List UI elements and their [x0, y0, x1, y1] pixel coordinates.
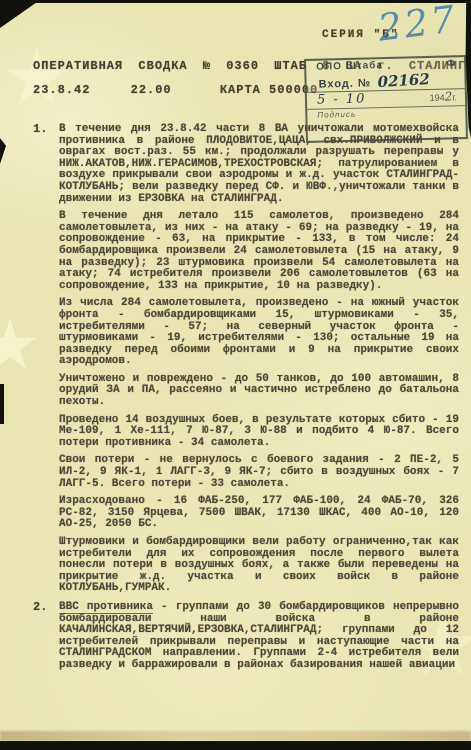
report-date: 23.8.42: [33, 83, 90, 97]
paragraph-enemy-airforce: ВВС противника - группами до 30 бомбарди…: [59, 602, 459, 672]
paragraph-sortie-totals: В течение дня летало 115 самолетов, прои…: [59, 211, 459, 292]
paragraph-sortie-distribution: Из числа 284 самолетовылета, произведено…: [59, 298, 459, 368]
report-body: 1. В течение дня 23.8.42 части 8 ВА унич…: [33, 124, 459, 679]
stamp-letter: Ф: [446, 58, 456, 69]
item-2: 2. ВВС противника - группами до 30 бомба…: [33, 602, 459, 672]
report-time: 22.00: [131, 83, 172, 97]
paragraph-own-losses: Свои потери - не вернулось с боевого зад…: [59, 455, 459, 490]
item-1-body: В течение дня 23.8.42 части 8 ВА уничтож…: [59, 124, 459, 595]
item-2-body: ВВС противника - группами до 30 бомбарди…: [59, 602, 459, 672]
scan-smudge-bottom: [0, 731, 471, 741]
scan-edge-left-mark: [0, 384, 4, 424]
paragraph-ammunition-expended: Израсходовано - 16 ФАБ-250, 177 ФАБ-100,…: [59, 496, 459, 531]
paragraph-limited-operations: Штурмовики и бомбардировщики вели работу…: [59, 537, 459, 595]
paragraph-enemy-losses-ground: Уничтожено и повреждено - до 50 танков, …: [59, 374, 459, 409]
item-1: 1. В течение дня 23.8.42 части 8 ВА унич…: [33, 124, 459, 595]
map-scale: КАРТА 500000: [220, 83, 318, 97]
stamp-year-printed: 1942г.: [429, 89, 457, 104]
scanned-document-page: СЕРИЯ "Б" 227 ОПЕРАТИВНАЯ СВОДКА № 0360 …: [0, 0, 471, 750]
item-2-number: 2.: [33, 602, 59, 672]
stamp-year-suffix: г.: [452, 92, 457, 102]
scan-edge-top: [0, 0, 471, 3]
stamp-date-handwritten: 5 - 10: [317, 91, 367, 107]
stamp-org-label: ОПО Штаба: [316, 60, 383, 73]
item-1-number: 1.: [33, 124, 59, 595]
stamp-year-digits: 194: [430, 93, 445, 103]
paragraph-day-actions: В течение дня 23.8.42 части 8 ВА уничтож…: [59, 124, 459, 205]
date-line: 23.8.42 22.00 КАРТА 500000: [33, 83, 318, 97]
paragraph-air-battles: Проведено 14 воздушных боев, в результат…: [59, 415, 459, 450]
stamp-entry-label: Вход. №: [318, 77, 371, 90]
stamp-entry-number-handwritten: 02162: [377, 70, 430, 91]
scan-edge-bottom: [0, 741, 471, 750]
